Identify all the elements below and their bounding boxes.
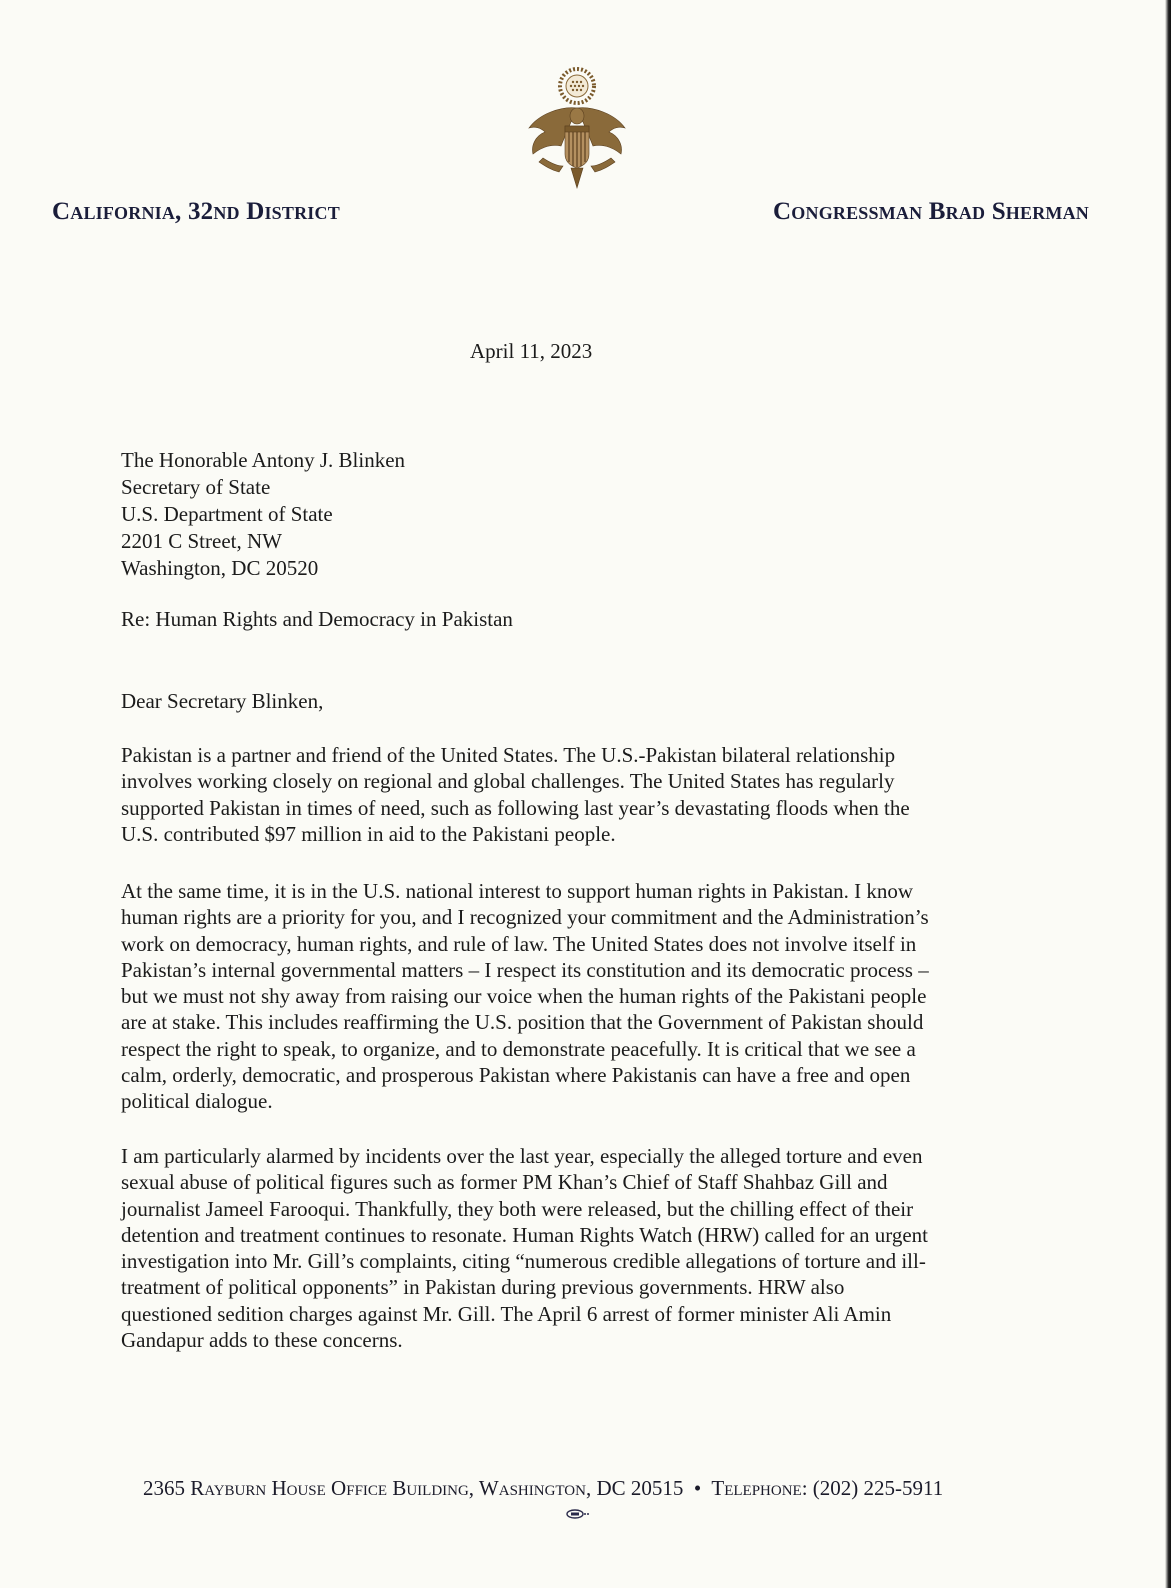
paragraph-line: Gandapur adds to these concerns. xyxy=(121,1327,1001,1353)
great-seal-eagle-icon xyxy=(521,66,633,190)
letter-date: April 11, 2023 xyxy=(470,339,592,364)
letterhead-district: California, 32nd District xyxy=(52,198,340,226)
paragraph-line: treatment of political opponents” in Pak… xyxy=(121,1274,1001,1300)
paragraph-line: journalist Jameel Farooqui. Thankfully, … xyxy=(121,1196,1001,1222)
subject-line: Re: Human Rights and Democracy in Pakist… xyxy=(121,607,513,632)
paragraph-line: respect the right to speak, to organize,… xyxy=(121,1036,1001,1062)
paragraph-line: detention and treatment continues to res… xyxy=(121,1222,1001,1248)
paragraph-line: investigation into Mr. Gill’s complaints… xyxy=(121,1248,1001,1274)
paragraph-line: calm, orderly, democratic, and prosperou… xyxy=(121,1062,1001,1088)
paragraph-line: political dialogue. xyxy=(121,1088,1001,1114)
paragraph-line: involves working closely on regional and… xyxy=(121,768,1001,794)
paragraph-line: human rights are a priority for you, and… xyxy=(121,904,1001,930)
letterhead-congressman: Congressman Brad Sherman xyxy=(773,198,1089,226)
paragraph-line: U.S. contributed $97 million in aid to t… xyxy=(121,821,1001,847)
body-paragraph-3: I am particularly alarmed by incidents o… xyxy=(121,1143,1001,1353)
page-edge xyxy=(1165,0,1171,1588)
salutation: Dear Secretary Blinken, xyxy=(121,689,323,714)
printed-on-recycled-paper-icon xyxy=(566,1509,590,1519)
recipient-city: Washington, DC 20520 xyxy=(121,555,405,582)
recipient-title: Secretary of State xyxy=(121,474,405,501)
footer-telephone: Telephone: (202) 225-5911 xyxy=(711,1476,943,1500)
paragraph-line: supported Pakistan in times of need, suc… xyxy=(121,795,1001,821)
footer-address: 2365 Rayburn House Office Building, Wash… xyxy=(143,1476,683,1500)
paragraph-line: work on democracy, human rights, and rul… xyxy=(121,931,1001,957)
recipient-department: U.S. Department of State xyxy=(121,501,405,528)
footer-separator: • xyxy=(694,1476,701,1500)
recipient-name: The Honorable Antony J. Blinken xyxy=(121,447,405,474)
paragraph-line: sexual abuse of political figures such a… xyxy=(121,1169,1001,1195)
paragraph-line: Pakistan’s internal governmental matters… xyxy=(121,957,1001,983)
letterhead-footer: 2365 Rayburn House Office Building, Wash… xyxy=(143,1476,943,1501)
paragraph-line: At the same time, it is in the U.S. nati… xyxy=(121,878,1001,904)
paragraph-line: questioned sedition charges against Mr. … xyxy=(121,1301,1001,1327)
paragraph-line: Pakistan is a partner and friend of the … xyxy=(121,742,1001,768)
body-paragraph-2: At the same time, it is in the U.S. nati… xyxy=(121,878,1001,1115)
recipient-address: The Honorable Antony J. Blinken Secretar… xyxy=(121,447,405,582)
paragraph-line: are at stake. This includes reaffirming … xyxy=(121,1009,1001,1035)
paragraph-line: but we must not shy away from raising ou… xyxy=(121,983,1001,1009)
paragraph-line: I am particularly alarmed by incidents o… xyxy=(121,1143,1001,1169)
recipient-street: 2201 C Street, NW xyxy=(121,528,405,555)
body-paragraph-1: Pakistan is a partner and friend of the … xyxy=(121,742,1001,847)
